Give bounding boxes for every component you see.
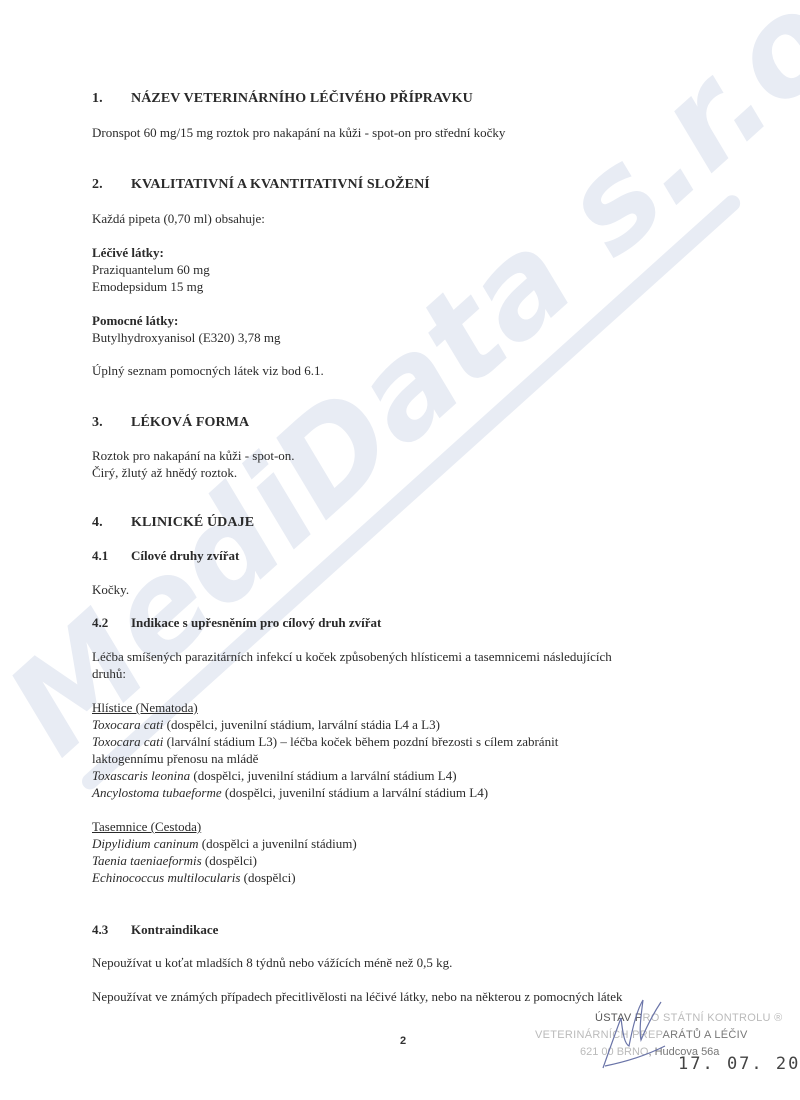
active-substance: Emodepsidum 15 mg bbox=[92, 278, 203, 295]
parasite-item: Ancylostoma tubaeforme (dospělci, juveni… bbox=[92, 784, 488, 801]
subsection-4-1-heading: 4.1Cílové druhy zvířat bbox=[92, 547, 239, 564]
page-number: 2 bbox=[400, 1035, 406, 1047]
excipient: Butylhydroxyanisol (E320) 3,78 mg bbox=[92, 329, 281, 346]
parasite-item: Toxocara cati (larvální stádium L3) – lé… bbox=[92, 733, 558, 750]
section-title: KLINICKÉ ÚDAJE bbox=[131, 515, 254, 530]
section-number: 4. bbox=[92, 514, 131, 531]
target-species: Kočky. bbox=[92, 581, 129, 598]
species-detail: (larvální stádium L3) – léčba koček běhe… bbox=[163, 734, 558, 749]
active-substance: Praziquantelum 60 mg bbox=[92, 261, 210, 278]
approval-stamp: ÚSTAV PRO STÁTNÍ KONTROLU ® VETERINÁRNÍC… bbox=[535, 1010, 795, 1090]
indication-intro: Léčba smíšených parazitárních infekcí u … bbox=[92, 648, 612, 665]
contraindication: Nepoužívat u koťat mladších 8 týdnů nebo… bbox=[92, 954, 452, 971]
species-detail: (dospělci) bbox=[202, 853, 257, 868]
stamp-text: ARÁTŮ A LÉČIV bbox=[662, 1029, 747, 1041]
excipients-note: Úplný seznam pomocných látek viz bod 6.1… bbox=[92, 362, 324, 379]
subsection-title: Cílové druhy zvířat bbox=[131, 548, 239, 563]
subsection-number: 4.1 bbox=[92, 547, 131, 564]
species-name: Toxocara cati bbox=[92, 717, 163, 732]
subsection-title: Kontraindikace bbox=[131, 922, 218, 937]
species-detail: (dospělci, juvenilní stádium, larvální s… bbox=[163, 717, 440, 732]
composition-intro: Každá pipeta (0,70 ml) obsahuje: bbox=[92, 210, 265, 227]
species-detail: (dospělci, juvenilní stádium a larvální … bbox=[190, 768, 456, 783]
section-title: LÉKOVÁ FORMA bbox=[131, 415, 249, 430]
section-number: 3. bbox=[92, 414, 131, 431]
subsection-number: 4.3 bbox=[92, 921, 131, 938]
section-number: 1. bbox=[92, 90, 131, 107]
cestoda-label: Tasemnice (Cestoda) bbox=[92, 818, 201, 835]
species-detail: laktogennímu přenosu na mládě bbox=[92, 751, 258, 766]
active-substances-label: Léčivé látky: bbox=[92, 244, 164, 261]
species-detail: (dospělci, juvenilní stádium a larvální … bbox=[222, 785, 488, 800]
subsection-4-3-heading: 4.3Kontraindikace bbox=[92, 921, 218, 938]
section-number: 2. bbox=[92, 176, 131, 193]
section-4-heading: 4.KLINICKÉ ÚDAJE bbox=[92, 514, 254, 531]
parasite-item: Taenia taeniaeformis (dospělci) bbox=[92, 852, 257, 869]
subsection-number: 4.2 bbox=[92, 614, 131, 631]
parasite-item: Dipylidium caninum (dospělci a juvenilní… bbox=[92, 835, 357, 852]
species-name: Taenia taeniaeformis bbox=[92, 853, 202, 868]
subsection-4-2-heading: 4.2Indikace s upřesněním pro cílový druh… bbox=[92, 614, 381, 631]
excipients-label: Pomocné látky: bbox=[92, 312, 178, 329]
species-name: Toxocara cati bbox=[92, 734, 163, 749]
contraindication: Nepoužívat ve známých případech přecitli… bbox=[92, 988, 623, 1005]
species-detail: (dospělci) bbox=[240, 870, 295, 885]
parasite-item: Echinococcus multilocularis (dospělci) bbox=[92, 869, 296, 886]
registered-mark-icon: ® bbox=[774, 1012, 782, 1024]
indication-intro-cont: druhů: bbox=[92, 665, 126, 682]
form-line: Čirý, žlutý až hnědý roztok. bbox=[92, 464, 237, 481]
section-3-heading: 3.LÉKOVÁ FORMA bbox=[92, 414, 249, 431]
section-1-heading: 1.NÁZEV VETERINÁRNÍHO LÉČIVÉHO PŘÍPRAVKU bbox=[92, 90, 473, 107]
species-name: Dipylidium caninum bbox=[92, 836, 199, 851]
section-title: KVALITATIVNÍ A KVANTITATIVNÍ SLOŽENÍ bbox=[131, 177, 430, 192]
parasite-item: Toxascaris leonina (dospělci, juvenilní … bbox=[92, 767, 457, 784]
parasite-item: laktogennímu přenosu na mládě bbox=[92, 750, 258, 767]
parasite-item: Toxocara cati (dospělci, juvenilní stádi… bbox=[92, 716, 440, 733]
signature-icon bbox=[595, 996, 675, 1076]
product-name: Dronspot 60 mg/15 mg roztok pro nakapání… bbox=[92, 124, 505, 141]
species-detail: (dospělci a juvenilní stádium) bbox=[199, 836, 357, 851]
species-name: Echinococcus multilocularis bbox=[92, 870, 240, 885]
form-line: Roztok pro nakapání na kůži - spot-on. bbox=[92, 447, 295, 464]
subsection-title: Indikace s upřesněním pro cílový druh zv… bbox=[131, 615, 381, 630]
section-2-heading: 2.KVALITATIVNÍ A KVANTITATIVNÍ SLOŽENÍ bbox=[92, 176, 430, 193]
species-name: Ancylostoma tubaeforme bbox=[92, 785, 222, 800]
species-name: Toxascaris leonina bbox=[92, 768, 190, 783]
section-title: NÁZEV VETERINÁRNÍHO LÉČIVÉHO PŘÍPRAVKU bbox=[131, 91, 473, 106]
stamp-date: 17. 07. 2019 bbox=[678, 1054, 800, 1074]
nematoda-label: Hlístice (Nematoda) bbox=[92, 699, 198, 716]
